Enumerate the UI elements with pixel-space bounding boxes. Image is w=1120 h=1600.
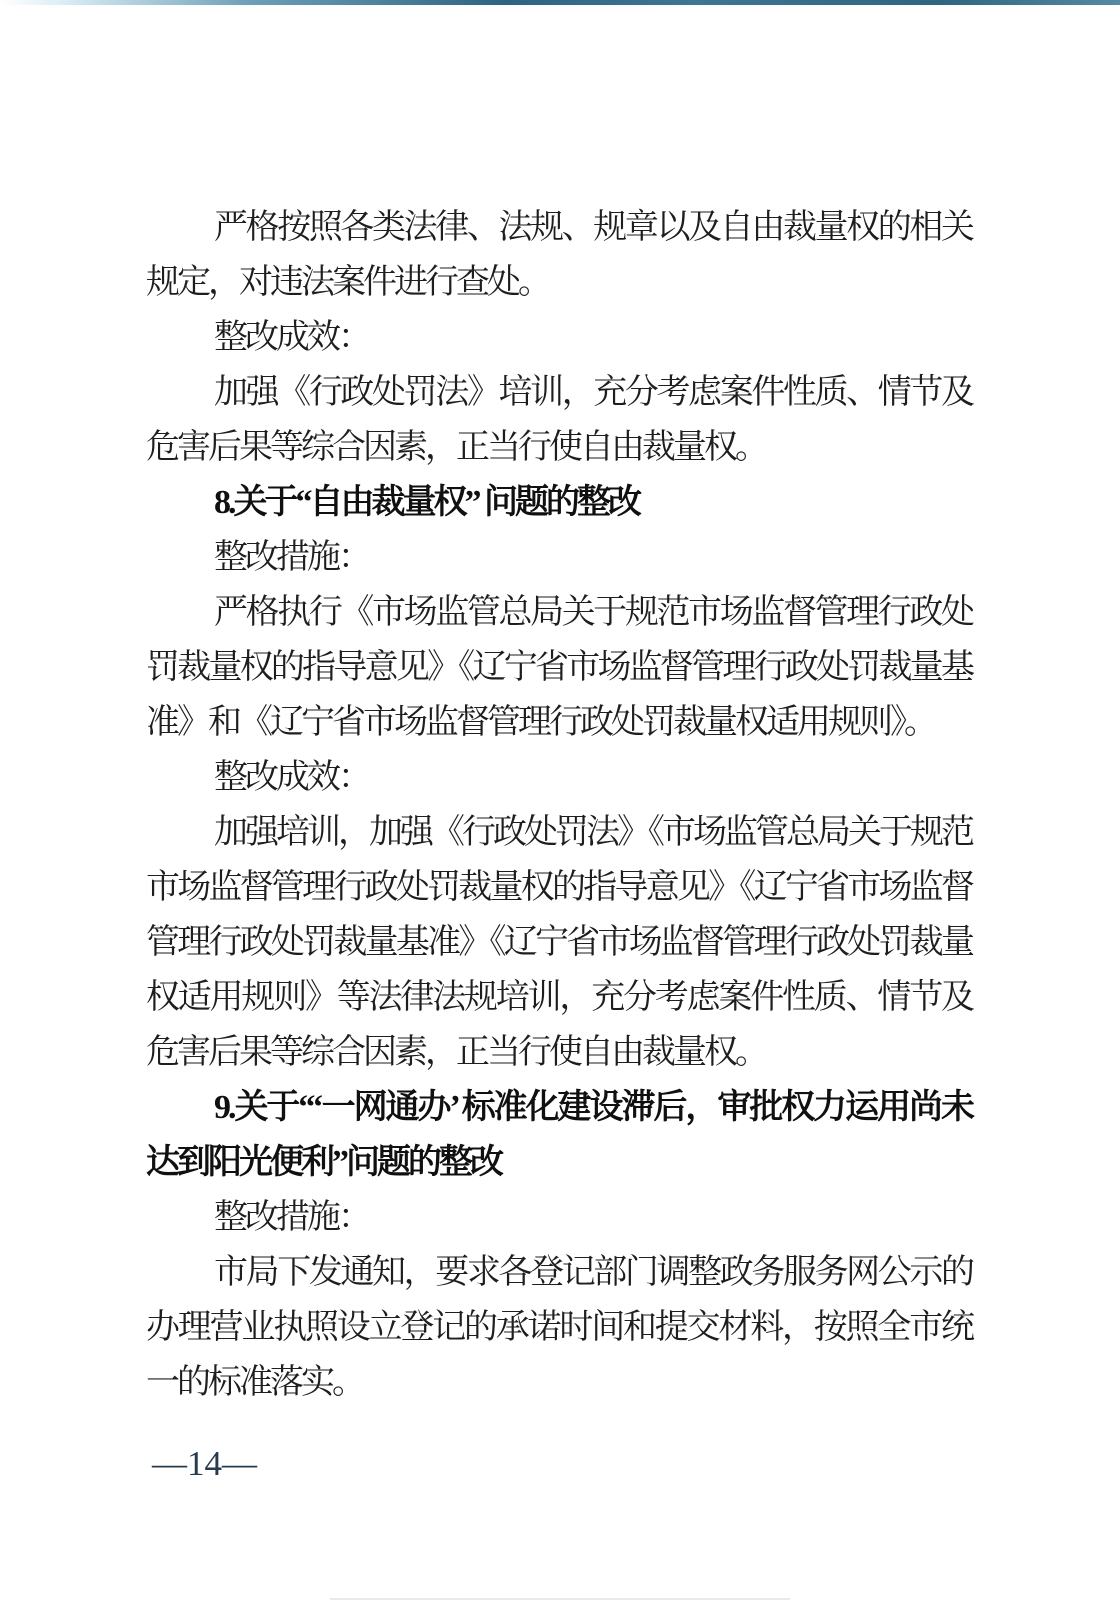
label-rectification-effect-2: 整改成效： [146, 750, 972, 805]
top-edge-scan-line [0, 0, 1120, 5]
paragraph-law-enforcement: 严格按照各类法律、法规、规章以及自由裁量权的相关规定，对违法案件进行查处。 [146, 200, 972, 310]
page-number: —14— [152, 1444, 257, 1484]
paragraph-training-discretion: 加强《行政处罚法》培训，充分考虑案件性质、情节及危害后果等综合因素，正当行使自由… [146, 365, 972, 475]
label-rectification-measures-1: 整改措施： [146, 530, 972, 585]
paragraph-strengthen-training: 加强培训，加强《行政处罚法》《市场监管总局关于规范市场监督管理行政处罚裁量权的指… [146, 805, 972, 1080]
heading-item-8: 8.关于“自由裁量权” 问题的整改 [146, 475, 972, 530]
label-rectification-measures-2: 整改措施： [146, 1190, 972, 1245]
document-text-block: 严格按照各类法律、法规、规章以及自由裁量权的相关规定，对违法案件进行查处。 整改… [146, 200, 972, 1410]
paragraph-city-bureau-notice: 市局下发通知，要求各登记部门调整政务服务网公示的办理营业执照设立登记的承诺时间和… [146, 1245, 972, 1410]
paragraph-implement-guidelines: 严格执行《市场监管总局关于规范市场监督管理行政处罚裁量权的指导意见》《辽宁省市场… [146, 585, 972, 750]
document-page: 严格按照各类法律、法规、规章以及自由裁量权的相关规定，对违法案件进行查处。 整改… [0, 0, 1120, 1600]
label-rectification-effect-1: 整改成效： [146, 310, 972, 365]
heading-item-9: 9.关于“‘一网通办’ 标准化建设滞后，审批权力运用尚未达到阳光便利”问题的整改 [146, 1080, 972, 1190]
